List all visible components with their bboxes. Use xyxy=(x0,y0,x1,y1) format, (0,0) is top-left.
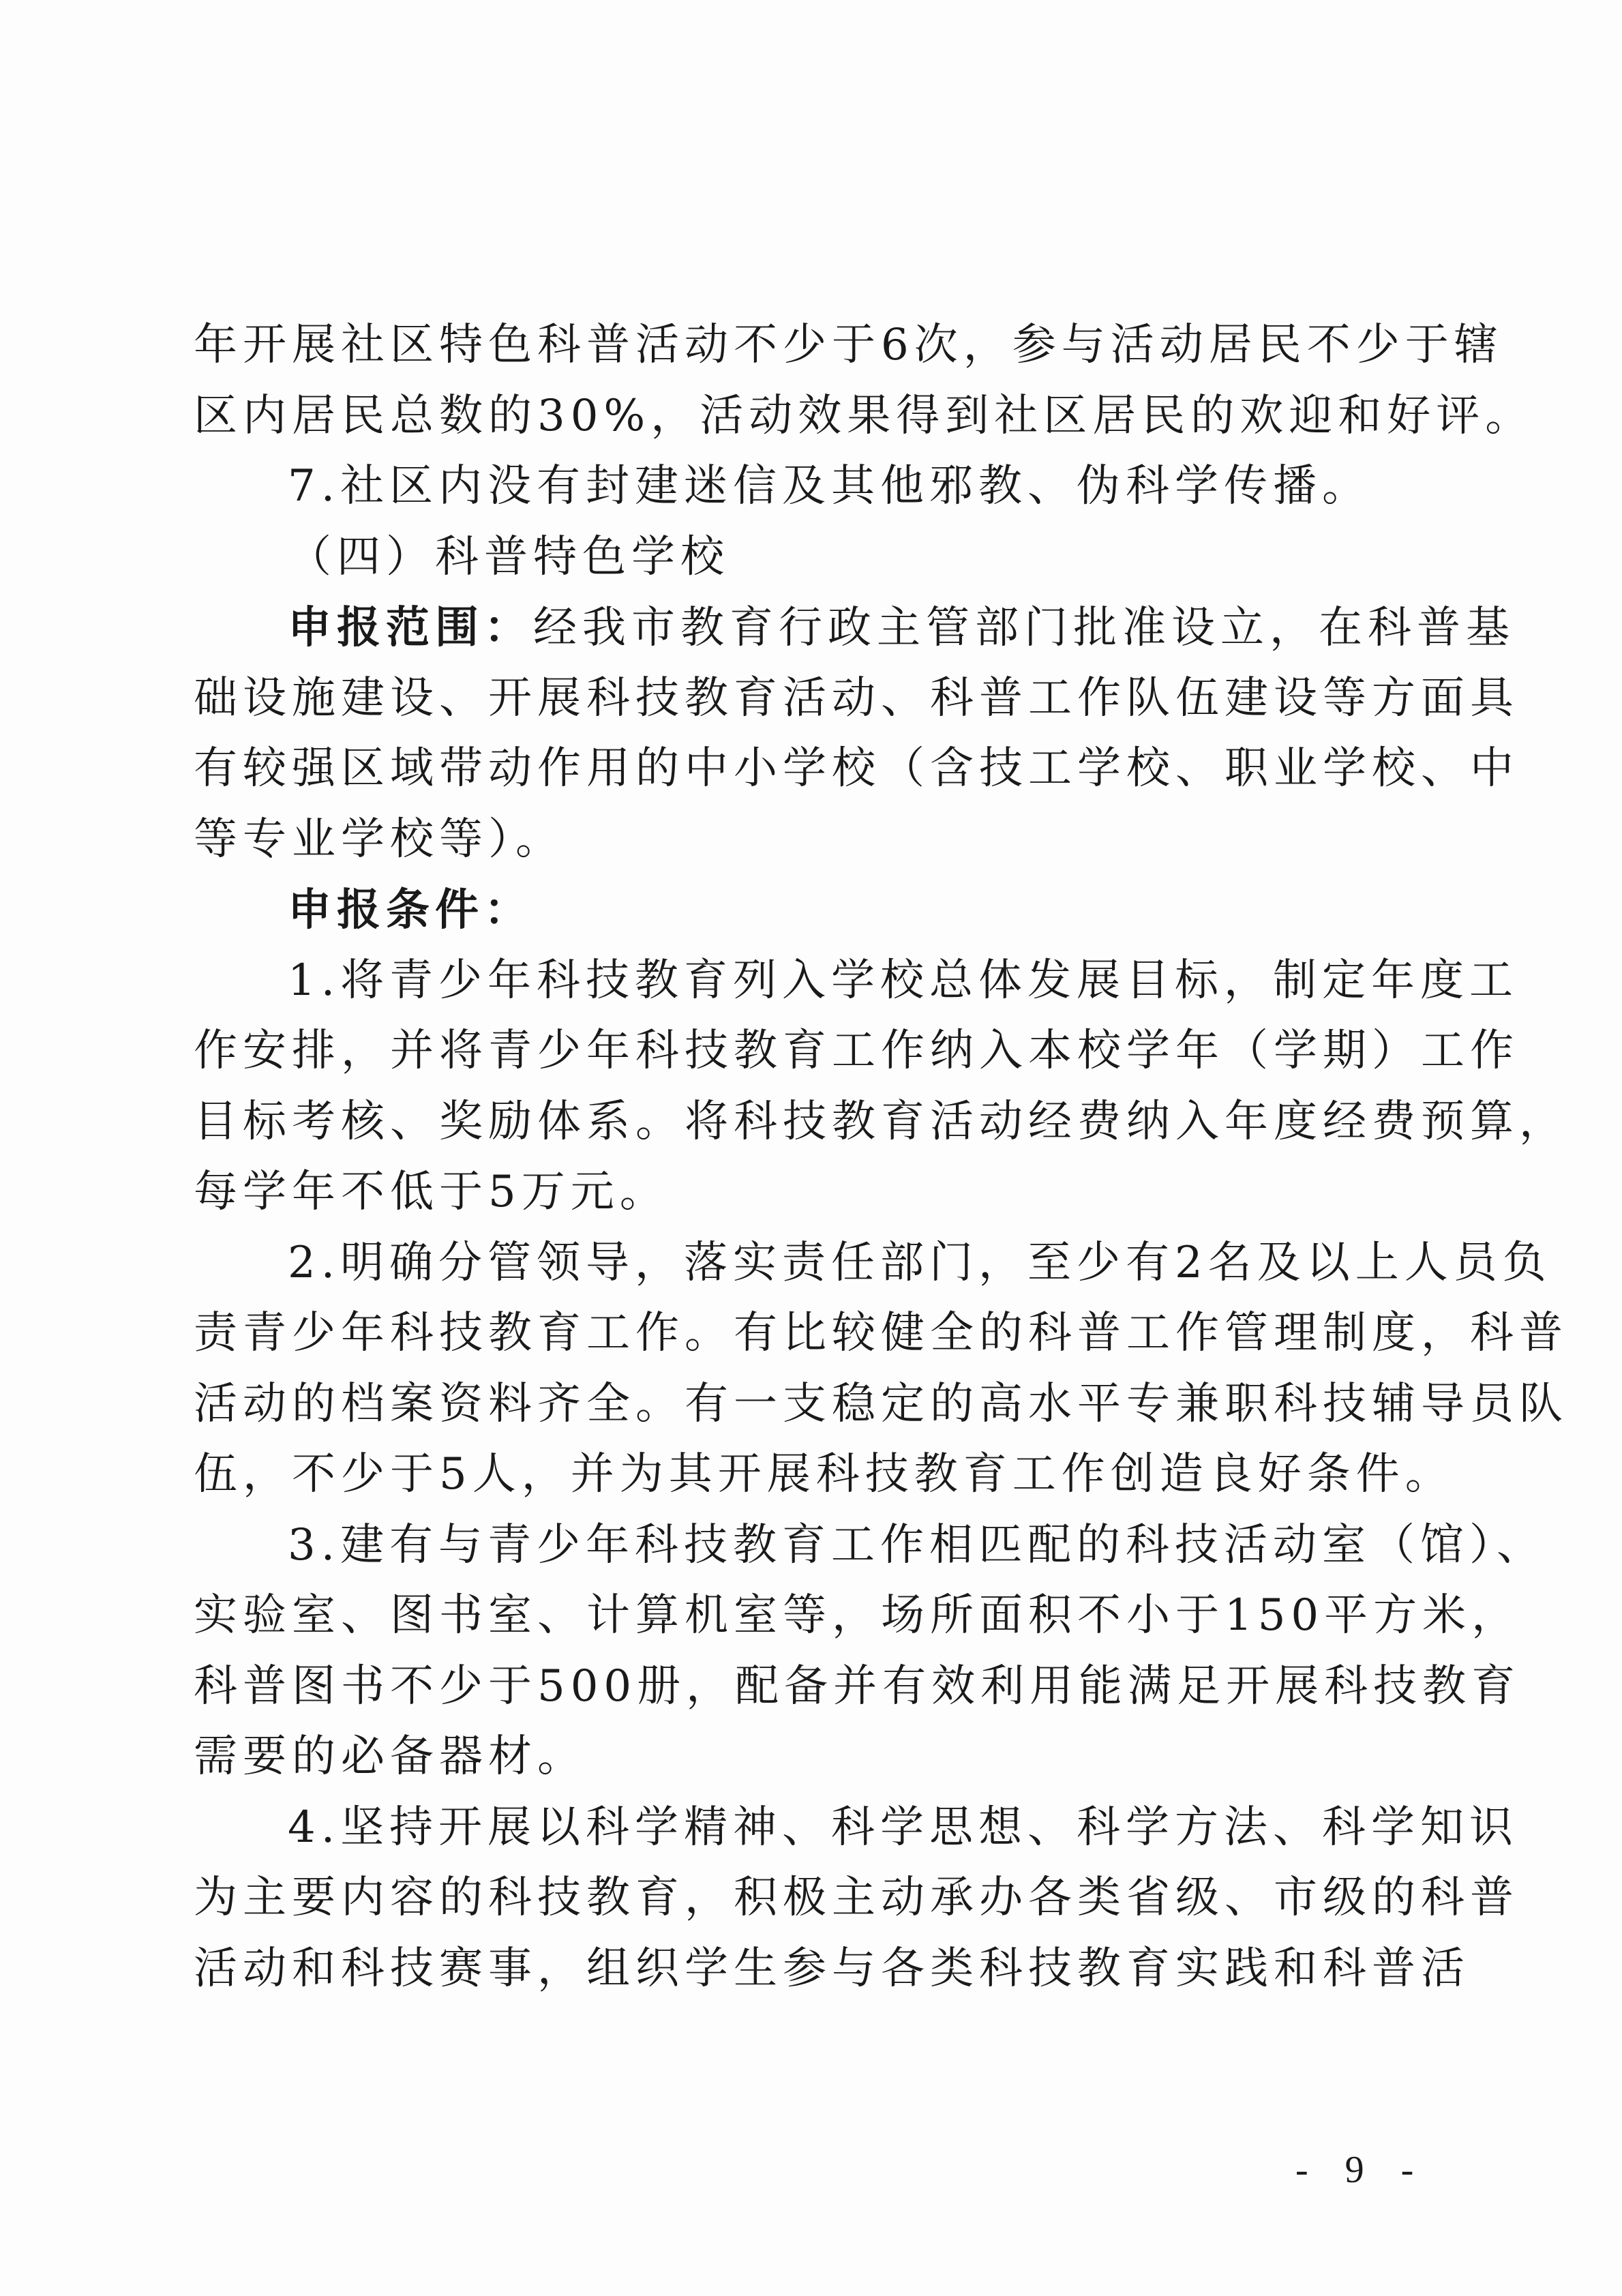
text-line: 有较强区域带动作用的中小学校（含技工学校、职业学校、中 xyxy=(194,734,1394,805)
text-line: 目标考核、奖励体系。将科技教育活动经费纳入年度经费预算， xyxy=(194,1087,1394,1158)
condition-2-line: 2.明确分管领导，落实责任部门，至少有2名及以上人员负 xyxy=(194,1228,1394,1299)
document-page: 年开展社区特色科普活动不少于6次，参与活动居民不少于辖 区内居民总数的30%，活… xyxy=(0,0,1622,2296)
scope-paragraph-first-line: 申报范围：经我市教育行政主管部门批准设立，在科普基 xyxy=(194,593,1394,664)
page-number: - 9 - xyxy=(1295,2148,1427,2192)
text-line: 需要的必备器材。 xyxy=(194,1722,1394,1793)
text-line: 每学年不低于5万元。 xyxy=(194,1157,1394,1228)
item-7: 7.社区内没有封建迷信及其他邪教、伪科学传播。 xyxy=(194,451,1394,522)
scope-text: 经我市教育行政主管部门批准设立，在科普基 xyxy=(533,603,1515,653)
text-line: 为主要内容的科技教育，积极主动承办各类省级、市级的科普 xyxy=(194,1863,1394,1934)
text-line: 础设施建设、开展科技教育活动、科普工作队伍建设等方面具 xyxy=(194,664,1394,734)
text-line: 伍，不少于5人，并为其开展科技教育工作创造良好条件。 xyxy=(194,1440,1394,1510)
condition-3-line: 3.建有与青少年科技教育工作相匹配的科技活动室（馆）、 xyxy=(194,1510,1394,1581)
text-line: 责青少年科技教育工作。有比较健全的科普工作管理制度，科普 xyxy=(194,1298,1394,1369)
section-heading: （四）科普特色学校 xyxy=(194,522,1394,593)
scope-label: 申报范围： xyxy=(288,602,533,653)
text-line: 年开展社区特色科普活动不少于6次，参与活动居民不少于辖 xyxy=(194,310,1394,381)
text-line: 活动的档案资料齐全。有一支稳定的高水平专兼职科技辅导员队 xyxy=(194,1369,1394,1440)
text-line: 活动和科技赛事，组织学生参与各类科技教育实践和科普活 xyxy=(194,1934,1394,2005)
text-line: 作安排，并将青少年科技教育工作纳入本校学年（学期）工作 xyxy=(194,1016,1394,1087)
condition-1-line: 1.将青少年科技教育列入学校总体发展目标，制定年度工 xyxy=(194,946,1394,1017)
conditions-label: 申报条件： xyxy=(194,875,1394,946)
text-line: 区内居民总数的30%，活动效果得到社区居民的欢迎和好评。 xyxy=(194,381,1394,452)
text-line: 等专业学校等）。 xyxy=(194,805,1394,876)
text-line: 实验室、图书室、计算机室等，场所面积不小于150平方米， xyxy=(194,1581,1394,1652)
text-line: 科普图书不少于500册，配备并有效利用能满足开展科技教育 xyxy=(194,1652,1394,1723)
condition-4-line: 4.坚持开展以科学精神、科学思想、科学方法、科学知识 xyxy=(194,1793,1394,1864)
document-body: 年开展社区特色科普活动不少于6次，参与活动居民不少于辖 区内居民总数的30%，活… xyxy=(194,310,1394,2004)
